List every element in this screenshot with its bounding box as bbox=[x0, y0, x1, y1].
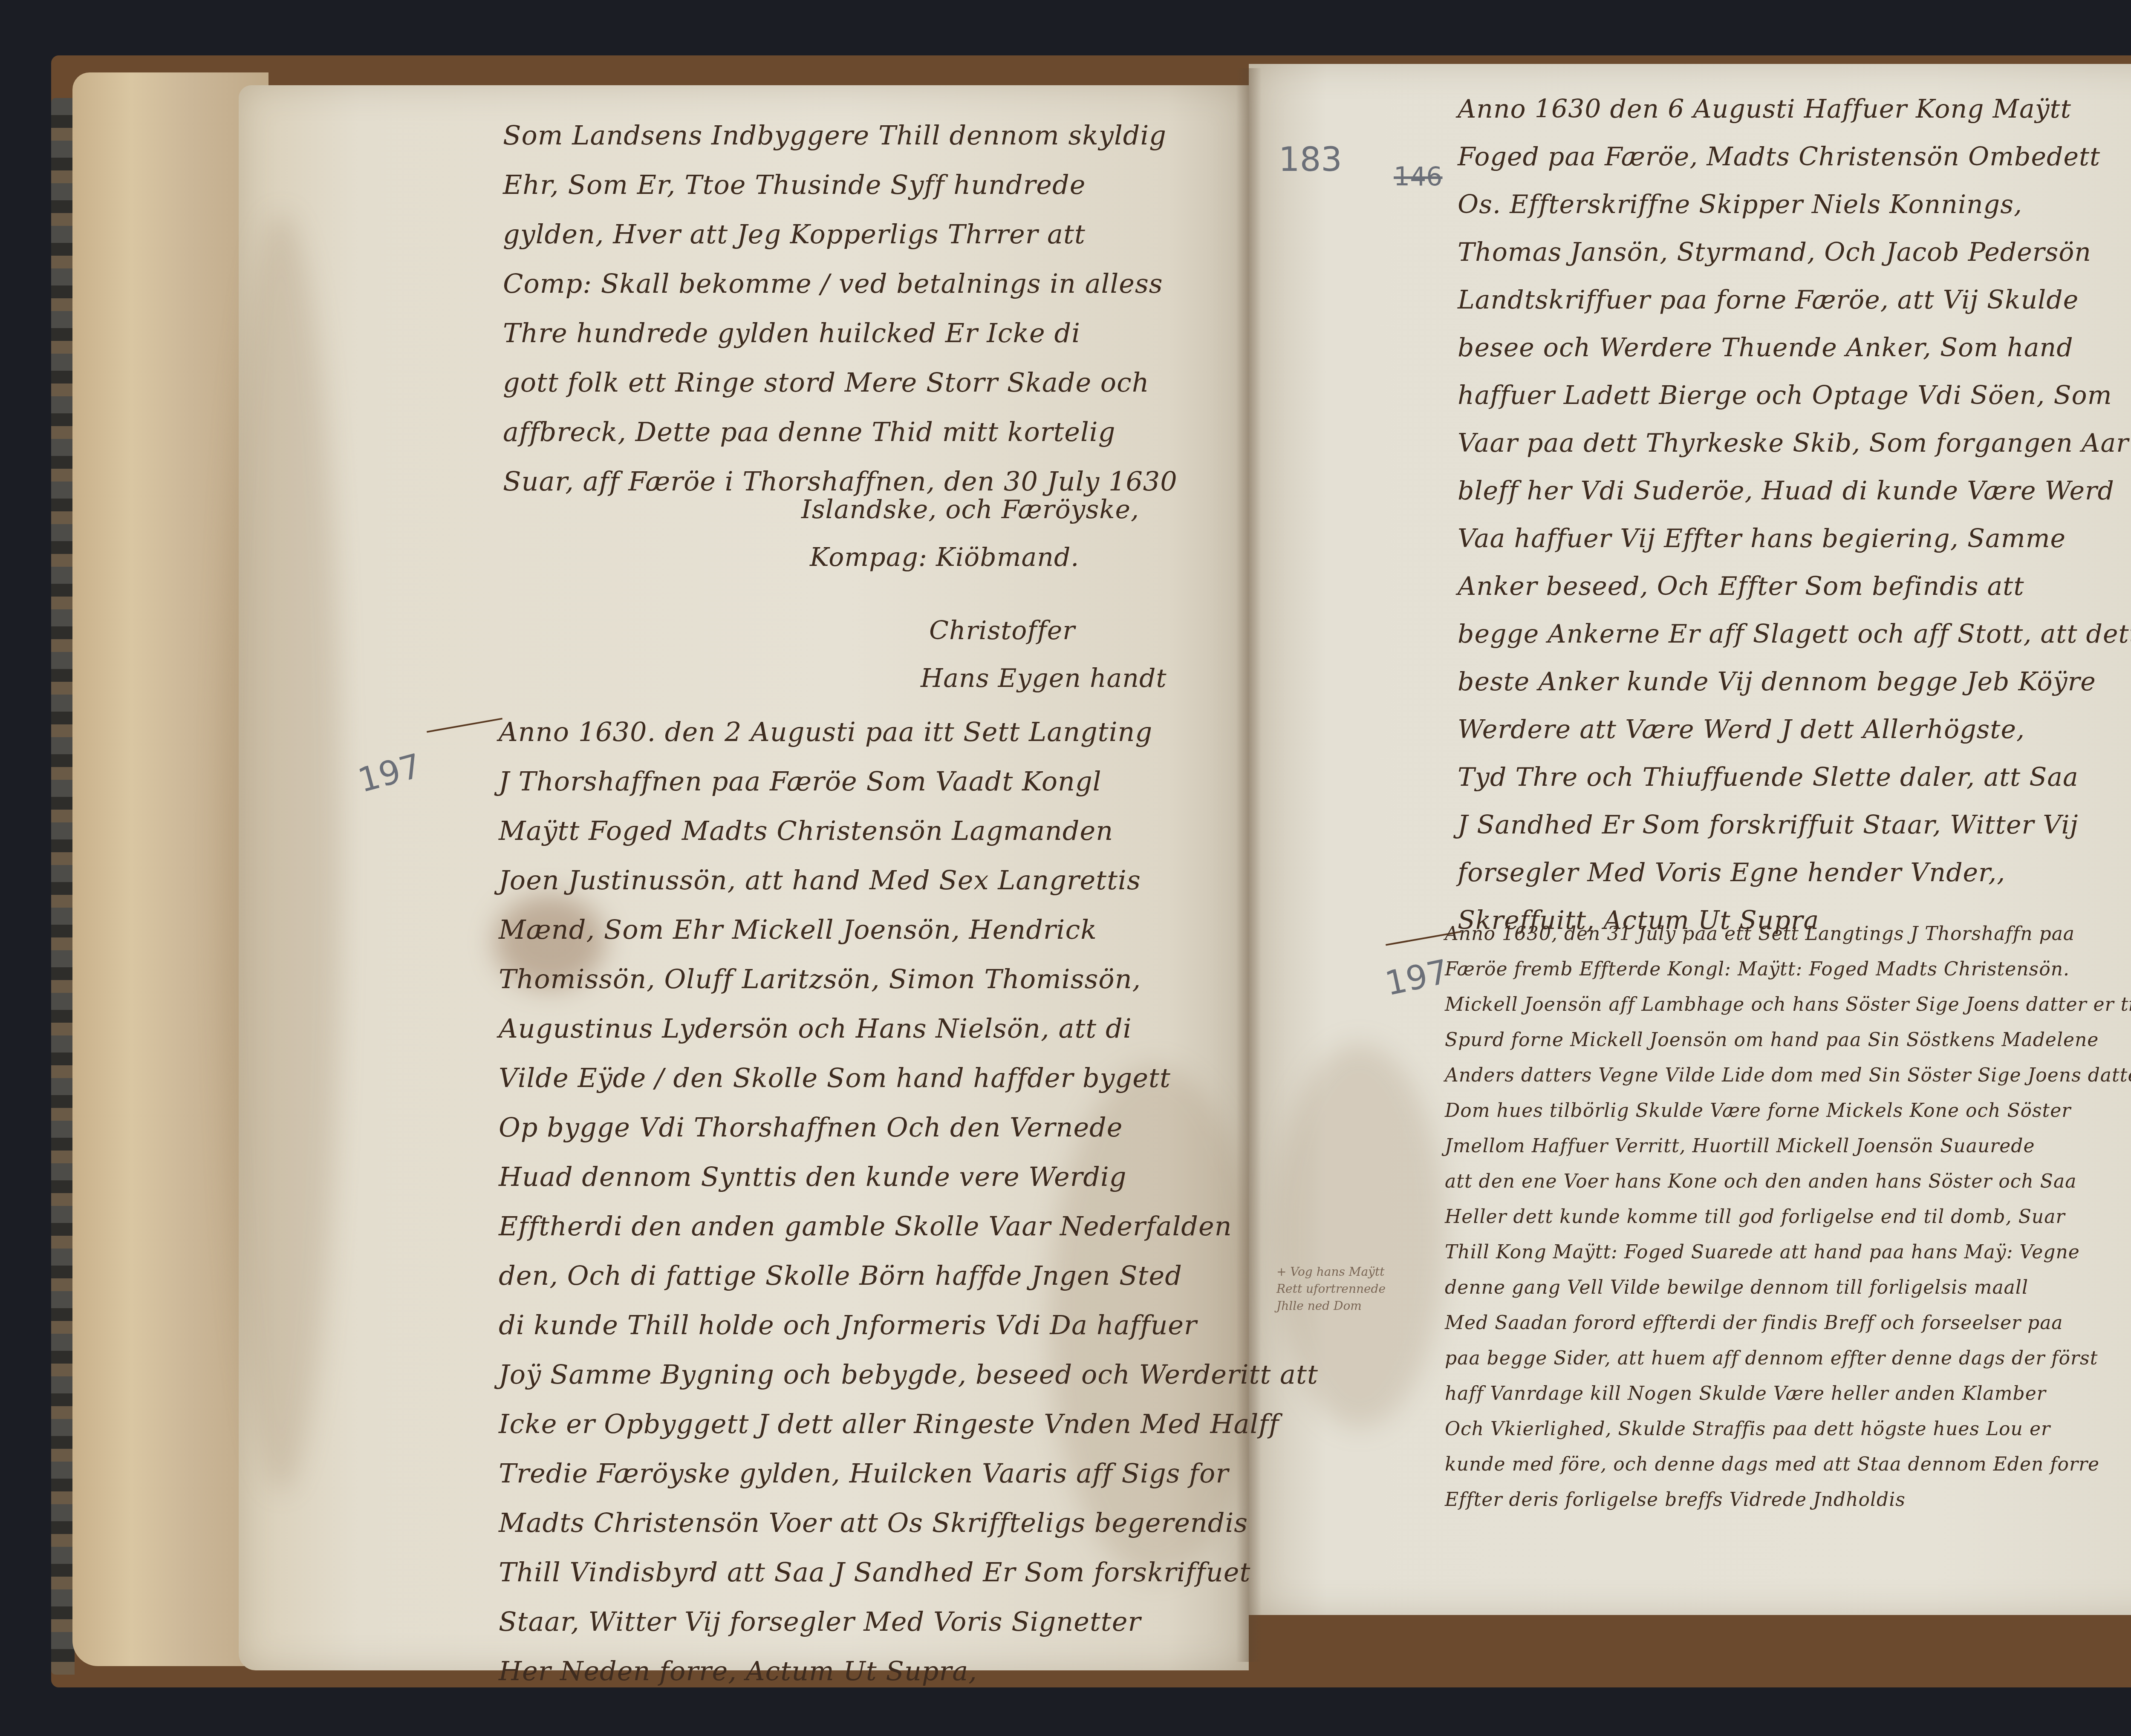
signature-line: Islandske, och Færöyske, bbox=[801, 486, 1167, 533]
text-line: besee och Werdere Thuende Anker, Som han… bbox=[1458, 324, 2131, 372]
text-line: Thre hundrede gylden huilcked Er Icke di bbox=[503, 309, 1178, 358]
text-line: Her Neden forre, Actum Ut Supra, bbox=[499, 1647, 1318, 1696]
text-line: Færöe fremb Effterde Kongl: Maÿtt: Foged… bbox=[1445, 952, 2131, 987]
text-line: Vilde Eÿde / den Skolle Som hand haffder… bbox=[499, 1053, 1318, 1103]
text-line: Joÿ Samme Bygning och bebygde, beseed oc… bbox=[499, 1350, 1318, 1399]
text-line: begge Ankerne Er aff Slagett och aff Sto… bbox=[1458, 610, 2131, 658]
text-line: Comp: Skall bekomme / ved betalnings in … bbox=[503, 259, 1178, 309]
margin-note-line: + Vog hans Maÿtt bbox=[1276, 1263, 1386, 1280]
text-line: Thomas Jansön, Styrmand, Och Jacob Peder… bbox=[1458, 228, 2131, 276]
text-line: Som Landsens Indbyggere Thill dennom sky… bbox=[503, 111, 1178, 160]
margin-note-line: Jhlle ned Dom bbox=[1276, 1298, 1386, 1315]
text-line: di kunde Thill holde och Jnformeris Vdi … bbox=[499, 1301, 1318, 1350]
folio-number: 183 bbox=[1279, 141, 1342, 179]
signature-line: Christoffer bbox=[929, 607, 1167, 655]
text-line: Madts Christensön Voer att Os Skriffteli… bbox=[499, 1498, 1318, 1548]
text-line: Thill Kong Maÿtt: Foged Suarede att hand… bbox=[1445, 1234, 2131, 1270]
signature-block: Islandske, och Færöyske, Kompag: Kiöbman… bbox=[801, 486, 1167, 702]
text-line: Anders datters Vegne Vilde Lide dom med … bbox=[1445, 1058, 2131, 1093]
marbled-cover-left bbox=[51, 98, 75, 1675]
text-line: J Sandhed Er Som forskriffuit Staar, Wit… bbox=[1458, 801, 2131, 849]
text-line: Anno 1630 den 6 Augusti Haffuer Kong Maÿ… bbox=[1458, 85, 2131, 133]
old-folio-number: 146 bbox=[1394, 162, 1443, 192]
text-line: Mickell Joensön aff Lambhage och hans Sö… bbox=[1445, 987, 2131, 1022]
text-line: Och Vkierlighed, Skulde Straffis paa det… bbox=[1445, 1411, 2131, 1447]
text-line: J Thorshaffnen paa Færöe Som Vaadt Kongl bbox=[499, 757, 1318, 806]
margin-note: + Vog hans Maÿtt Rett ufortrennede Jhlle… bbox=[1276, 1263, 1386, 1315]
text-line: kunde med före, och denne dags med att S… bbox=[1445, 1447, 2131, 1482]
edge-discoloration bbox=[222, 213, 341, 1491]
right-entry-2: Anno 1630, den 31 July paa ett Sett Lang… bbox=[1445, 916, 2131, 1517]
text-line: denne gang Vell Vilde bewilge dennom til… bbox=[1445, 1270, 2131, 1305]
text-line: Foged paa Færöe, Madts Christensön Ombed… bbox=[1458, 133, 2131, 181]
text-line: Mænd, Som Ehr Mickell Joensön, Hendrick bbox=[499, 905, 1318, 955]
text-line: affbreck, Dette paa denne Thid mitt kort… bbox=[503, 407, 1178, 457]
signature-line: Kompag: Kiöbmand. bbox=[810, 533, 1167, 581]
left-entry-continuation: Som Landsens Indbyggere Thill dennom sky… bbox=[503, 111, 1178, 506]
text-line: Thill Vindisbyrd att Saa J Sandhed Er So… bbox=[499, 1548, 1318, 1597]
text-line: den, Och di fattige Skolle Börn haffde J… bbox=[499, 1251, 1318, 1301]
text-line: bleff her Vdi Suderöe, Huad di kunde Vær… bbox=[1458, 467, 2131, 515]
text-line: att den ene Voer hans Kone och den anden… bbox=[1445, 1164, 2131, 1199]
text-line: gott folk ett Ringe stord Mere Storr Ska… bbox=[503, 358, 1178, 407]
text-line: Dom hues tilbörlig Skulde Være forne Mic… bbox=[1445, 1093, 2131, 1128]
text-line: forsegler Med Voris Egne hender Vnder,, bbox=[1458, 849, 2131, 897]
text-line: Anno 1630. den 2 Augusti paa itt Sett La… bbox=[499, 707, 1318, 757]
text-line: Staar, Witter Vij forsegler Med Voris Si… bbox=[499, 1597, 1318, 1647]
text-line: Anker beseed, Och Effter Som befindis at… bbox=[1458, 562, 2131, 610]
text-line: Landtskriffuer paa forne Færöe, att Vij … bbox=[1458, 276, 2131, 324]
margin-note-line: Rett ufortrennede bbox=[1276, 1280, 1386, 1298]
text-line: Effter deris forligelse breffs Vidrede J… bbox=[1445, 1482, 2131, 1517]
text-line: haff Vanrdage kill Nogen Skulde Være hel… bbox=[1445, 1376, 2131, 1411]
signature-line: Hans Eygen handt bbox=[921, 655, 1167, 702]
text-line: gylden, Hver att Jeg Kopperligs Thrrer a… bbox=[503, 210, 1178, 259]
text-line: Maÿtt Foged Madts Christensön Lagmanden bbox=[499, 806, 1318, 856]
text-line: Os. Effterskriffne Skipper Niels Konning… bbox=[1458, 181, 2131, 228]
text-line: Vaar paa dett Thyrkeske Skib, Som forgan… bbox=[1458, 419, 2131, 467]
text-line: Med Saadan forord effterdi der findis Br… bbox=[1445, 1305, 2131, 1341]
text-line: Joen Justinussön, att hand Med Sex Langr… bbox=[499, 856, 1318, 905]
text-line: Tredie Færöyske gylden, Huilcken Vaaris … bbox=[499, 1449, 1318, 1498]
text-line: Werdere att Være Werd J dett Allerhögste… bbox=[1458, 706, 2131, 753]
text-line: Spurd forne Mickell Joensön om hand paa … bbox=[1445, 1022, 2131, 1058]
right-entry-1: Anno 1630 den 6 Augusti Haffuer Kong Maÿ… bbox=[1458, 85, 2131, 944]
text-line: Icke er Opbyggett J dett aller Ringeste … bbox=[499, 1399, 1318, 1449]
text-line: Tyd Thre och Thiuffuende Slette daler, a… bbox=[1458, 753, 2131, 801]
text-line: Thomissön, Oluff Laritzsön, Simon Thomis… bbox=[499, 955, 1318, 1004]
text-line: Op bygge Vdi Thorshaffnen Och den Verned… bbox=[499, 1103, 1318, 1152]
text-line: Vaa haffuer Vij Effter hans begiering, S… bbox=[1458, 515, 2131, 562]
text-line: Anno 1630, den 31 July paa ett Sett Lang… bbox=[1445, 916, 2131, 952]
text-line: Augustinus Lydersön och Hans Nielsön, at… bbox=[499, 1004, 1318, 1053]
text-line: beste Anker kunde Vij dennom begge Jeb K… bbox=[1458, 658, 2131, 706]
text-line: paa begge Sider, att huem aff dennom eff… bbox=[1445, 1341, 2131, 1376]
text-line: Efftherdi den anden gamble Skolle Vaar N… bbox=[499, 1202, 1318, 1251]
text-line: Huad dennom Synttis den kunde vere Werdi… bbox=[499, 1152, 1318, 1202]
text-line: Jmellom Haffuer Verritt, Huortill Mickel… bbox=[1445, 1128, 2131, 1164]
text-line: haffuer Ladett Bierge och Optage Vdi Söe… bbox=[1458, 372, 2131, 419]
text-line: Heller dett kunde komme till god forlige… bbox=[1445, 1199, 2131, 1234]
left-entry-2: Anno 1630. den 2 Augusti paa itt Sett La… bbox=[499, 707, 1318, 1696]
text-line: Ehr, Som Er, Ttoe Thusinde Syff hundrede bbox=[503, 160, 1178, 210]
